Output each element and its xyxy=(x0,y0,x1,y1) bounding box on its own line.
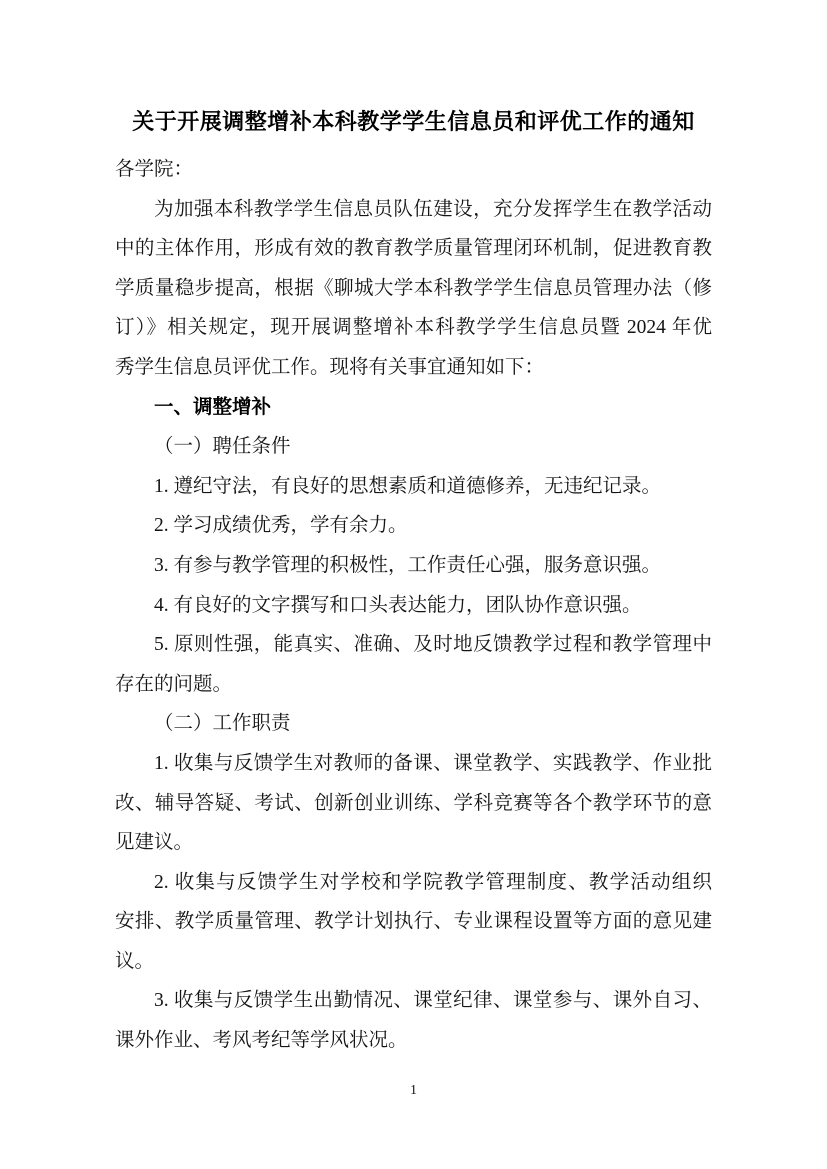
document-line: 秀学生信息员评优工作。现将有关事宜通知如下： xyxy=(115,348,712,388)
document-line: 5. 原则性强，能真实、准确、及时地反馈教学过程和教学管理中 xyxy=(115,625,712,665)
document-line: 1. 收集与反馈学生对教师的备课、课堂教学、实践教学、作业批 xyxy=(115,744,712,784)
document-line: 4. 有良好的文字撰写和口头表达能力，团队协作意识强。 xyxy=(115,586,712,626)
document-line: 改、辅导答疑、考试、创新创业训练、学科竞赛等各个教学环节的意 xyxy=(115,784,712,824)
document-line: 存在的问题。 xyxy=(115,665,712,705)
document-line: 2. 学习成绩优秀，学有余力。 xyxy=(115,506,712,546)
document-line: 学质量稳步提高，根据《聊城大学本科教学学生信息员管理办法（修 xyxy=(115,269,712,309)
document-line: 订）》相关规定，现开展调整增补本科教学学生信息员暨 2024 年优 xyxy=(115,308,712,348)
document-page: 关于开展调整增补本科教学学生信息员和评优工作的通知 各学院：为加强本科教学学生信… xyxy=(0,0,827,1169)
document-line: 3. 收集与反馈学生出勤情况、课堂纪律、课堂参与、课外自习、 xyxy=(115,981,712,1021)
document-line: 中的主体作用，形成有效的教育教学质量管理闭环机制，促进教育教 xyxy=(115,229,712,269)
document-line: （一）聘任条件 xyxy=(115,427,712,467)
document-line: 2. 收集与反馈学生对学校和学院教学管理制度、教学活动组织 xyxy=(115,863,712,903)
document-title: 关于开展调整增补本科教学学生信息员和评优工作的通知 xyxy=(115,104,712,140)
document-line: 课外作业、考风考纪等学风状况。 xyxy=(115,1021,712,1061)
document-line: 一、调整增补 xyxy=(115,388,712,428)
document-line: 安排、教学质量管理、教学计划执行、专业课程设置等方面的意见建 xyxy=(115,902,712,942)
document-line: （二）工作职责 xyxy=(115,704,712,744)
page-number: 1 xyxy=(0,1081,827,1101)
document-line: 3. 有参与教学管理的积极性，工作责任心强，服务意识强。 xyxy=(115,546,712,586)
document-line: 各学院： xyxy=(115,150,712,190)
document-line: 为加强本科教学学生信息员队伍建设，充分发挥学生在教学活动 xyxy=(115,190,712,230)
document-line: 议。 xyxy=(115,942,712,982)
document-content: 关于开展调整增补本科教学学生信息员和评优工作的通知 各学院：为加强本科教学学生信… xyxy=(115,104,712,1061)
document-line: 1. 遵纪守法，有良好的思想素质和道德修养，无违纪记录。 xyxy=(115,467,712,507)
document-body: 各学院：为加强本科教学学生信息员队伍建设，充分发挥学生在教学活动中的主体作用，形… xyxy=(115,150,712,1061)
document-line: 见建议。 xyxy=(115,823,712,863)
